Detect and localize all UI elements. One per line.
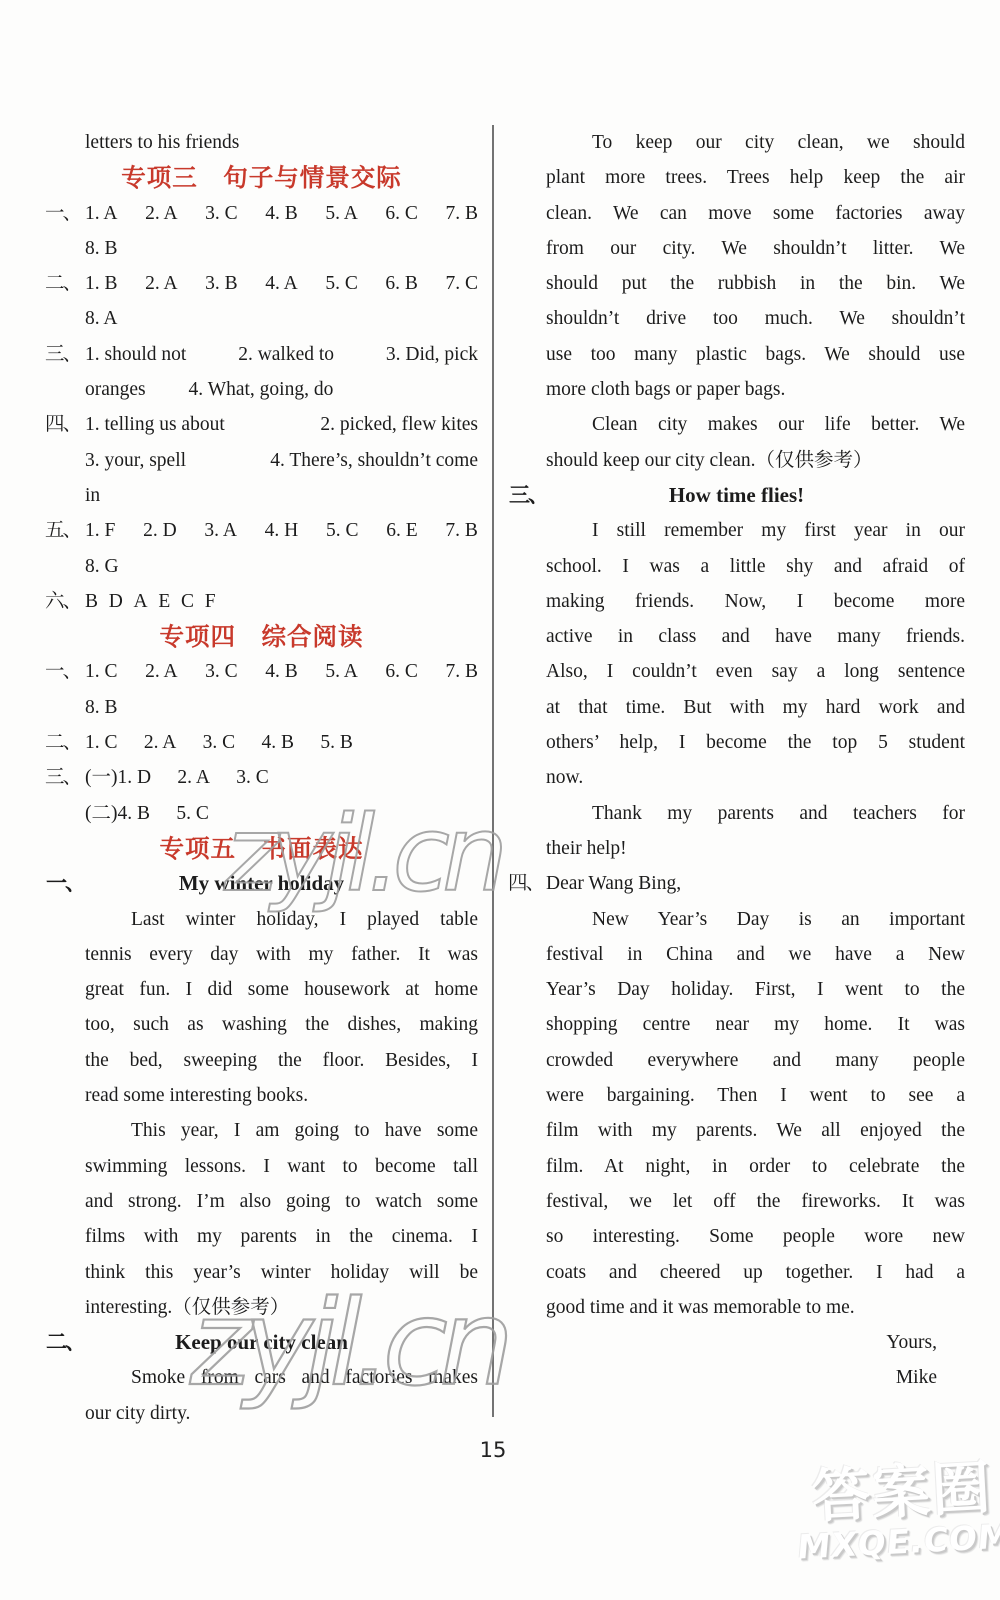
text-line: New Year’s Day is an important bbox=[508, 902, 965, 937]
answer-item: 4. H bbox=[265, 513, 299, 548]
answer-item: 1. B bbox=[85, 266, 118, 301]
text-line: film. At night, in order to celebrate th… bbox=[508, 1149, 965, 1184]
answer-item: C bbox=[181, 584, 194, 619]
line-text: good time and it was memorable to me. bbox=[546, 1297, 855, 1318]
text-line: in bbox=[45, 478, 478, 513]
logo-title: 答案圈 bbox=[786, 1456, 1000, 1528]
text-line: 8. B bbox=[45, 231, 478, 266]
answer-item: 2. A bbox=[145, 196, 178, 231]
line-text: Mike bbox=[896, 1367, 937, 1388]
text-line: should keep our city clean.（仅供参考） bbox=[508, 443, 965, 478]
line-text: Dear Wang Bing, bbox=[546, 873, 681, 894]
section-marker: 二、 bbox=[45, 266, 85, 301]
line-text: Keep our city clean bbox=[175, 1330, 348, 1354]
answer-item: 3. C bbox=[203, 725, 236, 760]
line-text: use too many plastic bags. We should use bbox=[546, 344, 965, 365]
answer-item: 4. A bbox=[265, 266, 298, 301]
answer-item: 2. A bbox=[145, 654, 178, 689]
text-line: others’ help, I become the top 5 student bbox=[508, 725, 965, 760]
answer-item: 5. C bbox=[326, 513, 359, 548]
text-line: 一、My winter holiday bbox=[45, 866, 478, 901]
line-text: so interesting. Some people wore new bbox=[546, 1226, 965, 1247]
line-text: at that time. But with my hard work and bbox=[546, 697, 965, 718]
text-line: great fun. I did some housework at home bbox=[45, 972, 478, 1007]
text-line: 8. B bbox=[45, 690, 478, 725]
text-line: interesting.（仅供参考） bbox=[45, 1290, 478, 1325]
line-text: great fun. I did some housework at home bbox=[85, 979, 478, 1000]
answer-item: 5. B bbox=[320, 725, 353, 760]
text-line: festival, we let off the fireworks. It w… bbox=[508, 1184, 965, 1219]
line-text: plant more trees. Trees help keep the ai… bbox=[546, 167, 965, 188]
answer-item: F bbox=[205, 584, 216, 619]
text-line: our city dirty. bbox=[45, 1396, 478, 1431]
text-line: now. bbox=[508, 760, 965, 795]
section-marker: 一、 bbox=[45, 866, 85, 901]
text-line: film with my parents. We all enjoyed the bbox=[508, 1113, 965, 1148]
answer-item: 4. What, going, do bbox=[189, 372, 334, 407]
text-line: 二、1. C2. A3. C4. B5. B bbox=[45, 725, 478, 760]
text-line: 三、1. should not2. walked to3. Did, pick bbox=[45, 337, 478, 372]
answer-item: 3. Did, pick bbox=[386, 337, 478, 372]
text-line: films with my parents in the cinema. I bbox=[45, 1219, 478, 1254]
line-text: Last winter holiday, I played table bbox=[131, 909, 478, 930]
line-text: Yours, bbox=[886, 1332, 937, 1353]
line-text: the bed, sweeping the floor. Besides, I bbox=[85, 1050, 478, 1071]
text-line: 二、Keep our city clean bbox=[45, 1325, 478, 1360]
line-text: tennis every day with my father. It was bbox=[85, 944, 478, 965]
line-text: in bbox=[85, 485, 100, 506]
answer-item: 2. A bbox=[144, 725, 177, 760]
answer-item: 5. C bbox=[325, 266, 358, 301]
line-text: festival, we let off the fireworks. It w… bbox=[546, 1191, 965, 1212]
text-line: read some interesting books. bbox=[45, 1078, 478, 1113]
section-marker: 一、 bbox=[45, 196, 85, 231]
answer-item: 3. your, spell bbox=[85, 443, 186, 478]
line-text: letters to his friends bbox=[85, 132, 239, 153]
left-column: letters to his friends专项三 句子与情景交际一、1. A2… bbox=[45, 125, 478, 1431]
line-text: clean. We can move some factories away bbox=[546, 203, 965, 224]
text-line: Clean city makes our life better. We bbox=[508, 407, 965, 442]
answer-item: 3. C bbox=[205, 654, 238, 689]
text-line: think this year’s winter holiday will be bbox=[45, 1255, 478, 1290]
text-line: 六、BDAECF bbox=[45, 584, 478, 619]
text-line: Year’s Day holiday. First, I went to the bbox=[508, 972, 965, 1007]
answer-circle-logo: 答案圈 MXQE.COM bbox=[786, 1456, 1000, 1568]
answer-item: 1. F bbox=[85, 513, 115, 548]
line-text: think this year’s winter holiday will be bbox=[85, 1262, 478, 1283]
section-marker: 五、 bbox=[45, 513, 85, 548]
answer-item: 4. B bbox=[265, 196, 298, 231]
text-line: 8. A bbox=[45, 301, 478, 336]
line-text: festival in China and we have a New bbox=[546, 944, 965, 965]
answer-item: 1. C bbox=[85, 654, 118, 689]
line-text: 8. B bbox=[85, 697, 118, 718]
line-text: and strong. I’m also going to watch some bbox=[85, 1191, 478, 1212]
answer-item: 6. B bbox=[385, 266, 418, 301]
answer-item: 2. A bbox=[177, 760, 210, 795]
text-line: use too many plastic bags. We should use bbox=[508, 337, 965, 372]
answer-sheet-page: letters to his friends专项三 句子与情景交际一、1. A2… bbox=[0, 0, 1000, 1600]
line-text: 专项五 书面表达 bbox=[160, 834, 364, 863]
text-line: were bargaining. Then I went to see a bbox=[508, 1078, 965, 1113]
text-line: 四、Dear Wang Bing, bbox=[508, 866, 965, 901]
answer-item: 3. C bbox=[236, 760, 269, 795]
section-marker: 一、 bbox=[45, 654, 85, 689]
text-line: clean. We can move some factories away bbox=[508, 196, 965, 231]
text-line: crowded everywhere and many people bbox=[508, 1043, 965, 1078]
section-marker: 四、 bbox=[45, 407, 85, 442]
answer-item: 1. C bbox=[85, 725, 118, 760]
answer-item: 4. There’s, shouldn’t come bbox=[270, 443, 478, 478]
answer-item: 5. A bbox=[325, 196, 358, 231]
text-line: 3. your, spell4. There’s, shouldn’t come bbox=[45, 443, 478, 478]
line-text: My winter holiday bbox=[179, 871, 344, 895]
section-marker: 六、 bbox=[45, 584, 85, 619]
text-line: Yours, bbox=[508, 1325, 965, 1360]
section-marker: 二、 bbox=[45, 725, 85, 760]
line-text: coats and cheered up together. I had a bbox=[546, 1262, 965, 1283]
text-line: Last winter holiday, I played table bbox=[45, 902, 478, 937]
line-text: school. I was a little shy and afraid of bbox=[546, 556, 965, 577]
answer-item: 4. B bbox=[265, 654, 298, 689]
answer-item: 2. D bbox=[143, 513, 177, 548]
text-line: Also, I couldn’t even say a long sentenc… bbox=[508, 654, 965, 689]
line-text: Smoke from cars and factories makes bbox=[131, 1367, 478, 1388]
text-line: To keep our city clean, we should bbox=[508, 125, 965, 160]
text-line: plant more trees. Trees help keep the ai… bbox=[508, 160, 965, 195]
line-text: films with my parents in the cinema. I bbox=[85, 1226, 478, 1247]
text-line: at that time. But with my hard work and bbox=[508, 690, 965, 725]
text-line: active in class and have many friends. bbox=[508, 619, 965, 654]
text-line: so interesting. Some people wore new bbox=[508, 1219, 965, 1254]
text-line: shopping centre near my home. It was bbox=[508, 1007, 965, 1042]
line-text: 8. G bbox=[85, 556, 119, 577]
text-line: too, such as washing the dishes, making bbox=[45, 1007, 478, 1042]
line-text: 专项四 综合阅读 bbox=[160, 622, 364, 651]
text-line: Smoke from cars and factories makes bbox=[45, 1360, 478, 1395]
right-column: To keep our city clean, we shouldplant m… bbox=[508, 125, 965, 1396]
text-line: more cloth bags or paper bags. bbox=[508, 372, 965, 407]
line-text: their help! bbox=[546, 838, 627, 859]
answer-item: B bbox=[85, 584, 98, 619]
line-text: swimming lessons. I want to become tall bbox=[85, 1156, 478, 1177]
text-line: shouldn’t drive too much. We shouldn’t bbox=[508, 301, 965, 336]
section-marker: 四、 bbox=[508, 866, 548, 901]
text-line: should put the rubbish in the bin. We bbox=[508, 266, 965, 301]
answer-item: 2. picked, flew kites bbox=[320, 407, 478, 442]
line-text: Year’s Day holiday. First, I went to the bbox=[546, 979, 965, 1000]
text-line: swimming lessons. I want to become tall bbox=[45, 1149, 478, 1184]
text-line: I still remember my first year in our bbox=[508, 513, 965, 548]
answer-item: 2. A bbox=[145, 266, 178, 301]
answer-item: 7. B bbox=[445, 654, 478, 689]
text-line: festival in China and we have a New bbox=[508, 937, 965, 972]
answer-item: 1. telling us about bbox=[85, 407, 225, 442]
answer-item: 7. B bbox=[445, 513, 478, 548]
line-text: I still remember my first year in our bbox=[592, 520, 965, 541]
text-line: 五、1. F2. D3. A4. H5. C6. E7. B bbox=[45, 513, 478, 548]
line-text: interesting.（仅供参考） bbox=[85, 1297, 289, 1318]
text-line: oranges4. What, going, do bbox=[45, 372, 478, 407]
answer-item: 3. C bbox=[205, 196, 238, 231]
line-text: To keep our city clean, we should bbox=[592, 132, 965, 153]
line-text: crowded everywhere and many people bbox=[546, 1050, 965, 1071]
line-text: film with my parents. We all enjoyed the bbox=[546, 1120, 965, 1141]
text-line: 三、How time flies! bbox=[508, 478, 965, 513]
answer-item: 3. A bbox=[204, 513, 237, 548]
column-divider bbox=[492, 125, 494, 1417]
text-line: 一、1. C2. A3. C4. B5. A6. C7. B bbox=[45, 654, 478, 689]
answer-item: A bbox=[134, 584, 148, 619]
answer-item: 1. A bbox=[85, 196, 118, 231]
text-line: Thank my parents and teachers for bbox=[508, 796, 965, 831]
line-text: How time flies! bbox=[669, 483, 804, 507]
answer-item: 5. A bbox=[325, 654, 358, 689]
line-text: Clean city makes our life better. We bbox=[592, 414, 965, 435]
answer-item: 5. C bbox=[176, 796, 209, 831]
answer-item: 7. C bbox=[445, 266, 478, 301]
answer-item: oranges bbox=[85, 372, 146, 407]
text-line: coats and cheered up together. I had a bbox=[508, 1255, 965, 1290]
answer-item: (一)1. D bbox=[85, 760, 151, 795]
section-marker: 三、 bbox=[508, 478, 548, 513]
answer-item: D bbox=[109, 584, 123, 619]
text-line: 三、(一)1. D2. A3. C bbox=[45, 760, 478, 795]
line-text: were bargaining. Then I went to see a bbox=[546, 1085, 965, 1106]
line-text: 8. A bbox=[85, 308, 118, 329]
line-text: now. bbox=[546, 767, 583, 788]
text-line: 专项四 综合阅读 bbox=[45, 619, 478, 654]
line-text: shopping centre near my home. It was bbox=[546, 1014, 965, 1035]
text-line: and strong. I’m also going to watch some bbox=[45, 1184, 478, 1219]
line-text: shouldn’t drive too much. We shouldn’t bbox=[546, 308, 965, 329]
text-line: 二、1. B2. A3. B4. A5. C6. B7. C bbox=[45, 266, 478, 301]
line-text: should put the rubbish in the bin. We bbox=[546, 273, 965, 294]
text-line: good time and it was memorable to me. bbox=[508, 1290, 965, 1325]
text-line: This year, I am going to have some bbox=[45, 1113, 478, 1148]
text-line: 8. G bbox=[45, 549, 478, 584]
text-line: from our city. We shouldn’t litter. We bbox=[508, 231, 965, 266]
section-marker: 二、 bbox=[45, 1325, 85, 1360]
line-text: Also, I couldn’t even say a long sentenc… bbox=[546, 661, 965, 682]
answer-item: 6. C bbox=[385, 654, 418, 689]
line-text: read some interesting books. bbox=[85, 1085, 308, 1106]
line-text: 专项三 句子与情景交际 bbox=[121, 163, 402, 192]
text-line: 专项五 书面表达 bbox=[45, 831, 478, 866]
line-text: too, such as washing the dishes, making bbox=[85, 1014, 478, 1035]
answer-item: 1. should not bbox=[85, 337, 186, 372]
line-text: This year, I am going to have some bbox=[131, 1120, 478, 1141]
answer-item: (二)4. B bbox=[85, 796, 150, 831]
line-text: should keep our city clean.（仅供参考） bbox=[546, 450, 873, 471]
text-line: their help! bbox=[508, 831, 965, 866]
line-text: others’ help, I become the top 5 student bbox=[546, 732, 965, 753]
text-line: tennis every day with my father. It was bbox=[45, 937, 478, 972]
section-marker: 三、 bbox=[45, 760, 85, 795]
line-text: more cloth bags or paper bags. bbox=[546, 379, 785, 400]
answer-item: 3. B bbox=[205, 266, 238, 301]
page-number: 15 bbox=[0, 1438, 986, 1462]
line-text: making friends. Now, I become more bbox=[546, 591, 965, 612]
line-text: from our city. We shouldn’t litter. We bbox=[546, 238, 965, 259]
answer-item: 7. B bbox=[445, 196, 478, 231]
section-marker: 三、 bbox=[45, 337, 85, 372]
text-line: Mike bbox=[508, 1360, 965, 1395]
text-line: the bed, sweeping the floor. Besides, I bbox=[45, 1043, 478, 1078]
text-line: school. I was a little shy and afraid of bbox=[508, 549, 965, 584]
line-text: film. At night, in order to celebrate th… bbox=[546, 1156, 965, 1177]
answer-item: 6. E bbox=[386, 513, 417, 548]
line-text: our city dirty. bbox=[85, 1403, 190, 1424]
line-text: 8. B bbox=[85, 238, 118, 259]
line-text: active in class and have many friends. bbox=[546, 626, 965, 647]
text-line: letters to his friends bbox=[45, 125, 478, 160]
answer-item: 4. B bbox=[261, 725, 294, 760]
answer-item: 2. walked to bbox=[238, 337, 334, 372]
text-line: (二)4. B5. C bbox=[45, 796, 478, 831]
text-line: 专项三 句子与情景交际 bbox=[45, 160, 478, 195]
text-line: 一、1. A2. A3. C4. B5. A6. C7. B bbox=[45, 196, 478, 231]
text-line: making friends. Now, I become more bbox=[508, 584, 965, 619]
line-text: New Year’s Day is an important bbox=[592, 909, 965, 930]
answer-item: 6. C bbox=[385, 196, 418, 231]
text-line: 四、1. telling us about2. picked, flew kit… bbox=[45, 407, 478, 442]
line-text: Thank my parents and teachers for bbox=[592, 803, 965, 824]
answer-item: E bbox=[158, 584, 170, 619]
